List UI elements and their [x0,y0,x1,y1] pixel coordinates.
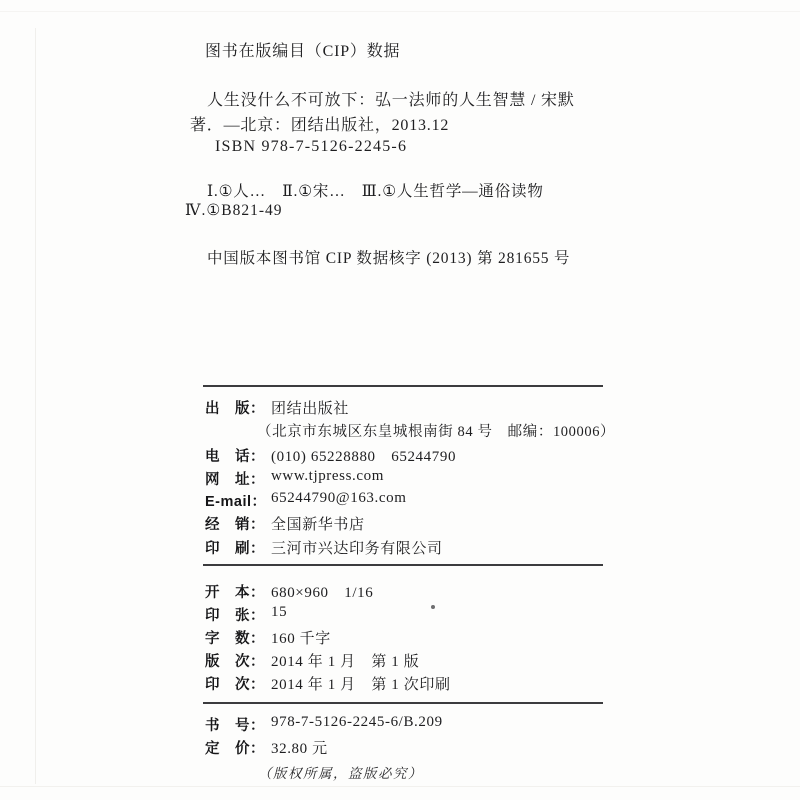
printer-value: 三河市兴达印务有限公司 [271,537,443,558]
page-edge-top [0,11,800,12]
wordcount-value: 160 千字 [271,627,331,648]
page-edge-left [35,28,36,784]
printer-label: 印 刷： [205,537,271,558]
book-title-line: 人生没什么不可放下：弘一法师的人生智慧 / 宋默 [207,87,575,110]
price-label: 定 价： [205,737,271,758]
divider-rule-1 [203,385,603,387]
copyright-notice: （版权所属，盗版必究） [258,762,423,782]
edition-row: 版 次： 2014 年 1 月 第 1 版 [205,650,419,671]
format-label: 开 本： [205,581,271,602]
sheets-label: 印 张： [205,604,271,625]
website-value: www.tjpress.com [271,468,384,489]
copyright-page: 图书在版编目（CIP）数据 人生没什么不可放下：弘一法师的人生智慧 / 宋默 著… [0,0,800,800]
distributor-value: 全国新华书店 [271,513,365,534]
email-value: 65244790@163.com [271,490,407,511]
isbn-line: ISBN 978-7-5126-2245-6 [215,138,407,156]
wordcount-label: 字 数： [205,627,271,648]
phone-row: 电 话： (010) 65228880 65244790 [205,445,456,466]
format-row: 开 本： 680×960 1/16 [205,581,373,602]
imprint-line: 著．—北京：团结出版社，2013.12 [190,112,449,135]
price-row: 定 价： 32.80 元 [205,737,328,758]
booknumber-value: 978-7-5126-2245-6/B.209 [271,714,443,735]
cip-header: 图书在版编目（CIP）数据 [205,38,400,61]
sheets-row: 印 张： 15 [205,604,287,625]
publisher-value: 团结出版社 [271,397,349,418]
distributor-label: 经 销： [205,513,271,534]
format-value: 680×960 1/16 [271,581,373,602]
printer-row: 印 刷： 三河市兴达印务有限公司 [205,537,443,558]
cip-record-number-line: 中国版本图书馆 CIP 数据核字 (2013) 第 281655 号 [207,246,570,268]
wordcount-row: 字 数： 160 千字 [205,627,331,648]
website-label: 网 址： [205,468,271,489]
phone-label: 电 话： [205,445,271,466]
divider-rule-3 [203,702,603,704]
phone-value: (010) 65228880 65244790 [271,445,456,466]
edition-value: 2014 年 1 月 第 1 版 [271,650,419,671]
distributor-row: 经 销： 全国新华书店 [205,513,365,534]
edition-label: 版 次： [205,650,271,671]
impression-label: 印 次： [205,673,271,694]
page-edge-bottom [0,786,800,787]
impression-row: 印 次： 2014 年 1 月 第 1 次印刷 [205,673,451,694]
sheets-value: 15 [271,604,287,625]
booknumber-label: 书 号： [205,714,271,735]
classification-line-2: Ⅳ.①B821-49 [185,201,283,220]
divider-rule-2 [203,564,603,566]
price-value: 32.80 元 [271,737,328,758]
email-row: E-mail： 65244790@163.com [205,490,407,511]
publisher-row: 出 版： 团结出版社 [205,397,349,418]
publisher-address: （北京市东城区东皇城根南街 84 号 邮编：100006） [257,420,615,441]
classification-line-1: Ⅰ.①人… Ⅱ.①宋… Ⅲ.①人生哲学—通俗读物 [207,179,544,201]
ink-speck [431,605,435,609]
booknumber-row: 书 号： 978-7-5126-2245-6/B.209 [205,714,443,735]
website-row: 网 址： www.tjpress.com [205,468,384,489]
impression-value: 2014 年 1 月 第 1 次印刷 [271,673,451,694]
publisher-label: 出 版： [205,397,271,418]
email-label: E-mail： [205,490,271,511]
